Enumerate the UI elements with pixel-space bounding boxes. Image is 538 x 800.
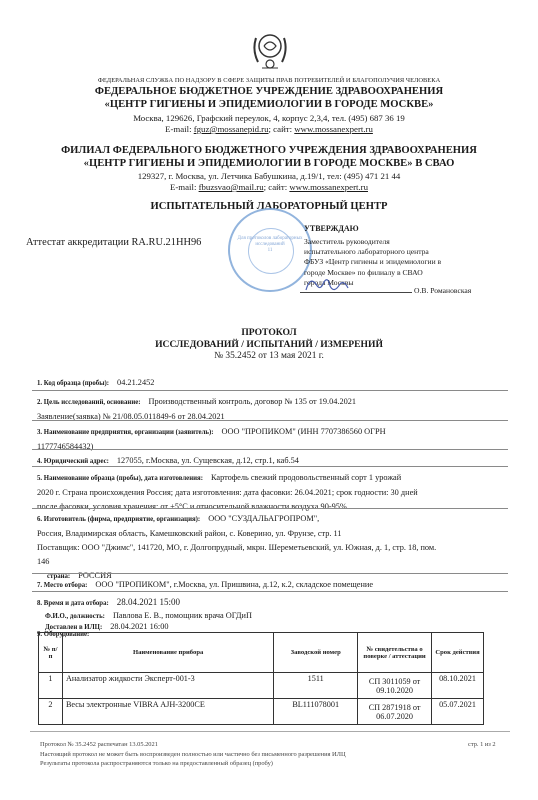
col-header-certificate: № свидетельства о поверке / аттестации xyxy=(358,633,432,673)
divider xyxy=(32,573,508,574)
approval-title: УТВЕРЖДАЮ xyxy=(304,224,359,233)
email-label: E-mail: xyxy=(165,124,194,134)
seal-text: Для протоколов лабораторных исследований… xyxy=(230,236,310,254)
org-name-line1: ФЕДЕРАЛЬНОЕ БЮДЖЕТНОЕ УЧРЕЖДЕНИЕ ЗДРАВОО… xyxy=(0,86,538,97)
col-header-number: № п/п xyxy=(39,633,63,673)
branch-name-line1: ФИЛИАЛ ФЕДЕРАЛЬНОГО БЮДЖЕТНОГО УЧРЕЖДЕНИ… xyxy=(0,145,538,156)
email-link[interactable]: fguz@mossanepid.ru xyxy=(194,124,269,134)
cell-number: 2 xyxy=(39,699,63,725)
agency-name: ФЕДЕРАЛЬНАЯ СЛУЖБА ПО НАДЗОРУ В СФЕРЕ ЗА… xyxy=(0,77,538,84)
cell-serial: 1511 xyxy=(274,673,358,699)
cell-device: Весы электронные VIBRA АJH-3200CE xyxy=(62,699,273,725)
page-number: стр. 1 из 2 xyxy=(468,740,496,750)
col-header-serial: Заводской номер xyxy=(274,633,358,673)
divider xyxy=(32,591,508,592)
approval-line: испытательного лабораторного центра xyxy=(304,247,441,257)
divider xyxy=(32,449,508,450)
site-label: ; сайт: xyxy=(264,182,290,192)
email-link[interactable]: fbuzsvao@mail.ru xyxy=(199,182,264,192)
protocol-subtitle: ИССЛЕДОВАНИЙ / ИСПЫТАНИЙ / ИЗМЕРЕНИЙ xyxy=(0,339,538,350)
field-sample-name: 5. Наименование образца (пробы), дата из… xyxy=(37,470,505,513)
equipment-table: № п/п Наименование прибора Заводской ном… xyxy=(38,632,484,725)
cell-number: 1 xyxy=(39,673,63,699)
footer-notes: Протокол № 35.2452 распечатан 13.05.2021… xyxy=(40,740,346,769)
org-address: Москва, 129626, Графский переулок, 4, ко… xyxy=(0,113,538,123)
field-sample-code: 1. Код образца (пробы): 04.21.2452 xyxy=(37,375,505,390)
footer-divider xyxy=(30,731,510,732)
site-link[interactable]: www.mossanexpert.ru xyxy=(289,182,368,192)
cell-device: Анализатор жидкости Эксперт-001-3 xyxy=(62,673,273,699)
signature-icon xyxy=(302,274,352,301)
cell-serial: BL111078001 xyxy=(274,699,358,725)
accreditation-certificate: Аттестат аккредитации RA.RU.21НН96 xyxy=(26,237,201,248)
cell-certificate: СП 2871918 от 06.07.2020 xyxy=(358,699,432,725)
footer-print-info: Протокол № 35.2452 распечатан 13.05.2021 xyxy=(40,740,346,750)
org-name-line2: «ЦЕНТР ГИГИЕНЫ И ЭПИДЕМИОЛОГИИ В ГОРОДЕ … xyxy=(0,99,538,110)
site-label: ; сайт: xyxy=(269,124,295,134)
table-header-row: № п/п Наименование прибора Заводской ном… xyxy=(39,633,484,673)
divider xyxy=(32,508,508,509)
approval-line: ФБУЗ «Центр гигиены и эпидемиологии в xyxy=(304,257,441,267)
email-label: E-mail: xyxy=(170,182,199,192)
divider xyxy=(32,390,508,391)
branch-name-line2: «ЦЕНТР ГИГИЕНЫ И ЭПИДЕМИОЛОГИИ В ГОРОДЕ … xyxy=(0,158,538,169)
table-row: 1 Анализатор жидкости Эксперт-001-3 1511… xyxy=(39,673,484,699)
site-link[interactable]: www.mossanexpert.ru xyxy=(294,124,373,134)
cell-certificate: СП 3011059 от 09.10.2020 xyxy=(358,673,432,699)
divider xyxy=(32,420,508,421)
org-contacts: E-mail: fguz@mossanepid.ru; сайт: www.mo… xyxy=(0,124,538,134)
approval-signer: О.В. Романовская xyxy=(414,286,471,295)
protocol-number: № 35.2452 от 13 мая 2021 г. xyxy=(0,351,538,361)
branch-contacts: E-mail: fbuzsvao@mail.ru; сайт: www.moss… xyxy=(0,182,538,192)
seal-stamp: Для протоколов лабораторных исследований… xyxy=(228,208,312,292)
cell-valid-until: 05.07.2021 xyxy=(432,699,484,725)
divider xyxy=(32,466,508,467)
protocol-title: ПРОТОКОЛ xyxy=(0,327,538,338)
footer-scope-note: Результаты протокола распространяются то… xyxy=(40,759,346,769)
field-sampling-place: 7. Место отбора: ООО "ПРОПИКОМ", г.Москв… xyxy=(37,577,505,592)
table-row: 2 Весы электронные VIBRA АJH-3200CE BL11… xyxy=(39,699,484,725)
col-header-valid-until: Срок действия xyxy=(432,633,484,673)
approval-line: Заместитель руководителя xyxy=(304,237,441,247)
footer-copyright-note: Настоящий протокол не может быть воспрои… xyxy=(40,750,346,760)
hygiene-emblem-icon xyxy=(250,28,290,74)
field-purpose: 2. Цель исследований, основание: Произво… xyxy=(37,394,505,423)
cell-valid-until: 08.10.2021 xyxy=(432,673,484,699)
branch-address: 129327, г. Москва, ул. Летчика Бабушкина… xyxy=(0,171,538,181)
col-header-device: Наименование прибора xyxy=(62,633,273,673)
